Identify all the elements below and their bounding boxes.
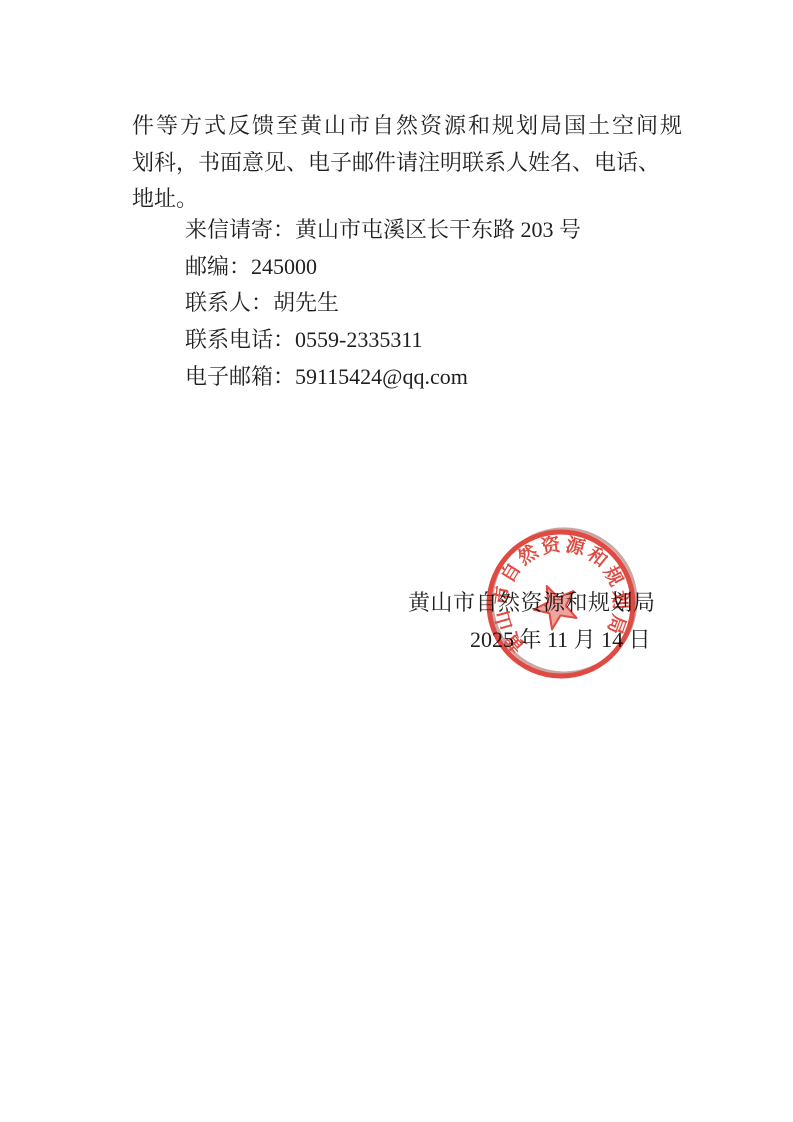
- seal-character: 和: [583, 543, 612, 572]
- date-line: 2025 年 11 月 14 日: [470, 623, 651, 654]
- contact-line-address: 来信请寄：黄山市屯溪区长干东路 203 号: [185, 212, 581, 249]
- contact-info: 来信请寄：黄山市屯溪区长干东路 203 号 邮编：245000 联系人：胡先生 …: [185, 212, 581, 396]
- body-paragraph: 件等方式反馈至黄山市自然资源和规划局国土空间规 划科，书面意见、电子邮件请注明联…: [132, 108, 664, 218]
- signature-line: 黄山市自然资源和规划局: [408, 586, 656, 617]
- seal-character: 然: [513, 539, 542, 569]
- document-page: 件等方式反馈至黄山市自然资源和规划局国土空间规 划科，书面意见、电子邮件请注明联…: [0, 0, 793, 1122]
- contact-line-phone: 联系电话：0559-2335311: [185, 322, 581, 359]
- contact-line-postcode: 邮编：245000: [185, 249, 581, 286]
- contact-line-email: 电子邮箱：59115424@qq.com: [185, 359, 581, 396]
- seal-character: 资: [539, 532, 563, 558]
- paragraph-line: 件等方式反馈至黄山市自然资源和规划局国土空间规: [132, 108, 664, 145]
- seal-character: 源: [563, 534, 588, 560]
- paragraph-line: 划科，书面意见、电子邮件请注明联系人姓名、电话、: [132, 145, 664, 182]
- seal-character: 自: [496, 558, 526, 586]
- contact-line-person: 联系人：胡先生: [185, 285, 581, 322]
